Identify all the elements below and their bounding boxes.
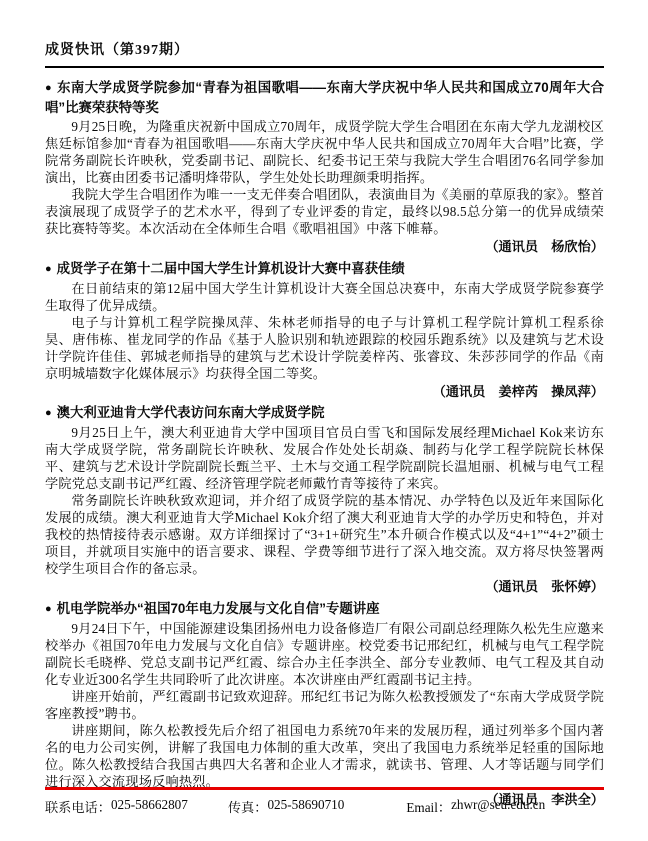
article-paragraph: 9月25日晚，为隆重庆祝新中国成立70周年，成贤学院大学生合唱团在东南大学九龙湖… [45, 118, 604, 186]
correspondent-byline: （通讯员 杨欣怡） [45, 238, 604, 256]
contact-email-value: zhwr@seu.edu.cn [451, 797, 545, 816]
contact-fax-label: 传真： [228, 797, 268, 816]
article-paragraph: 9月24日下午，中国能源建设集团扬州电力设备修造厂有限公司副总经理陈久松先生应邀… [45, 620, 604, 688]
article-title-text: 澳大利亚迪肯大学代表访问东南大学成贤学院 [57, 405, 325, 420]
article-paragraph: 我院大学生合唱团作为唯一一支无伴奏合唱团队，表演曲目为《美丽的草原我的家》。整首… [45, 186, 604, 237]
article-power-lecture: ●机电学院举办“祖国70年电力发展与文化自信”专题讲座 9月24日下午，中国能源… [45, 599, 604, 809]
contact-phone-value: 025-58662807 [111, 797, 188, 816]
contact-fax: 传真：025-58690710 [228, 797, 345, 816]
article-choir-award: ●东南大学成贤学院参加“青春为祖国歌唱——东南大学庆祝中华人民共和国成立70周年… [45, 78, 604, 256]
article-title: ●东南大学成贤学院参加“青春为祖国歌唱——东南大学庆祝中华人民共和国成立70周年… [45, 78, 604, 117]
correspondent-byline: （通讯员 张怀婷） [45, 578, 604, 596]
contact-phone: 联系电话：025-58662807 [45, 797, 188, 816]
article-paragraph: 讲座期间，陈久松教授先后介绍了祖国电力系统70年来的发展历程，通过列举多个国内著… [45, 722, 604, 790]
contact-phone-label: 联系电话： [45, 797, 111, 816]
bullet-icon: ● [45, 79, 52, 98]
article-title-text: 机电学院举办“祖国70年电力发展与文化自信”专题讲座 [57, 601, 380, 616]
bullet-icon: ● [45, 260, 52, 279]
newsletter-page: 成贤快讯（第397期） ●东南大学成贤学院参加“青春为祖国歌唱——东南大学庆祝中… [0, 0, 648, 841]
article-computer-design-contest: ●成贤学子在第十二届中国大学生计算机设计大赛中喜获佳绩 在日前结束的第12届中国… [45, 259, 604, 401]
article-title: ●澳大利亚迪肯大学代表访问东南大学成贤学院 [45, 403, 604, 423]
article-paragraph: 电子与计算机工程学院操凤萍、朱林老师指导的电子与计算机工程学院计算机工程系徐昊、… [45, 314, 604, 382]
footer-rule [45, 787, 604, 790]
contact-email: Email：zhwr@seu.edu.cn [406, 797, 545, 816]
articles-list: ●东南大学成贤学院参加“青春为祖国歌唱——东南大学庆祝中华人民共和国成立70周年… [45, 78, 604, 808]
article-paragraph: 在日前结束的第12届中国大学生计算机设计大赛全国总决赛中，东南大学成贤学院参赛学… [45, 280, 604, 314]
correspondent-byline: （通讯员 姜梓芮 操凤萍） [45, 383, 604, 401]
article-title-text: 东南大学成贤学院参加“青春为祖国歌唱——东南大学庆祝中华人民共和国成立70周年大… [45, 80, 604, 115]
article-paragraph: 讲座开始前，严红霞副书记致欢迎辞。邢纪红书记为陈久松教授颁发了“东南大学成贤学院… [45, 688, 604, 722]
bullet-icon: ● [45, 600, 52, 619]
article-paragraph: 常务副院长许映秋致欢迎词，并介绍了成贤学院的基本情况、办学特色以及近年来国际化发… [45, 492, 604, 577]
bullet-icon: ● [45, 404, 52, 423]
masthead-rule [45, 66, 604, 68]
contact-fax-value: 025-58690710 [267, 797, 344, 816]
contact-email-label: Email： [406, 797, 451, 816]
contact-row: 联系电话：025-58662807 传真：025-58690710 Email：… [45, 797, 604, 816]
article-deakin-visit: ●澳大利亚迪肯大学代表访问东南大学成贤学院 9月25日上午，澳大利亚迪肯大学中国… [45, 403, 604, 596]
newsletter-title: 成贤快讯（第397期） [45, 42, 604, 60]
article-paragraph: 9月25日上午，澳大利亚迪肯大学中国项目官员白雪飞和国际发展经理Michael … [45, 424, 604, 492]
article-title-text: 成贤学子在第十二届中国大学生计算机设计大赛中喜获佳绩 [57, 261, 405, 276]
contact-footer: 联系电话：025-58662807 传真：025-58690710 Email：… [45, 787, 604, 816]
masthead: 成贤快讯（第397期） [45, 42, 604, 68]
article-title: ●机电学院举办“祖国70年电力发展与文化自信”专题讲座 [45, 599, 604, 619]
article-title: ●成贤学子在第十二届中国大学生计算机设计大赛中喜获佳绩 [45, 259, 604, 279]
